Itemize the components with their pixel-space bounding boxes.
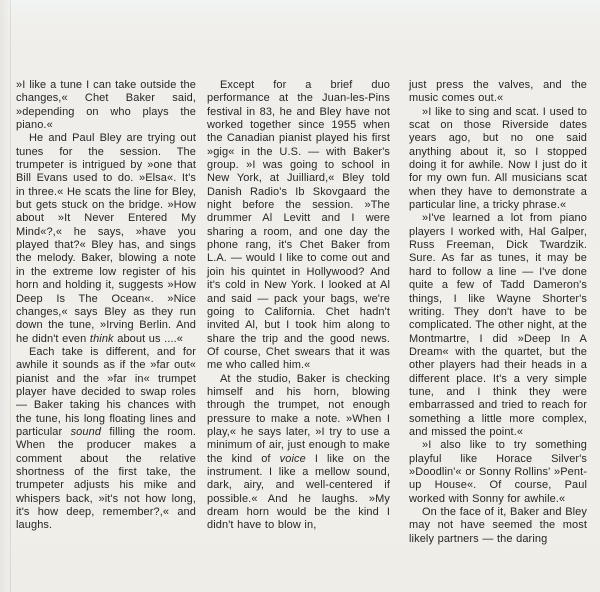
paragraph: Each take is different, and for awhile i… [16,346,196,533]
body-text: »I like a tune I can take outside the ch… [16,79,196,131]
body-text: just press the valves, and the music com… [409,79,587,104]
scanned-booklet-page: »I like a tune I can take outside the ch… [0,0,600,592]
text-column: Except for a brief duo performance at th… [207,79,390,546]
paragraph: »I also like to try something playful li… [409,439,587,506]
paragraph: Except for a brief duo performance at th… [207,79,390,373]
body-text: On the face of it, Baker and Bley may no… [409,506,587,545]
body-text: Except for a brief duo performance at th… [207,79,390,371]
paragraph: just press the valves, and the music com… [409,79,587,106]
emphasized-text: sound [71,426,101,438]
emphasized-text: voice [280,453,306,465]
text-column: just press the valves, and the music com… [409,79,587,546]
text-column: »I like a tune I can take outside the ch… [16,79,196,546]
body-text: Each take is different, and for awhile i… [16,346,196,438]
liner-notes-text: »I like a tune I can take outside the ch… [16,79,587,546]
paragraph: »I've learned a lot from piano players I… [409,212,587,439]
body-text: filling the room. When the producer make… [16,426,196,531]
emphasized-text: think [90,333,114,345]
paragraph: »I like a tune I can take outside the ch… [16,79,196,132]
paragraph: »I like to sing and scat. I used to scat… [409,106,587,213]
paragraph: At the studio, Baker is checking himself… [207,373,390,533]
body-text: He and Paul Bley are trying out tunes fo… [16,132,196,344]
body-text: »I like to sing and scat. I used to scat… [409,106,587,211]
body-text: »I've learned a lot from piano players I… [409,212,587,438]
body-text: about us ....« [114,333,183,345]
paragraph: On the face of it, Baker and Bley may no… [409,506,587,546]
body-text: »I also like to try something playful li… [409,439,587,504]
paragraph: He and Paul Bley are trying out tunes fo… [16,132,196,346]
body-text: At the studio, Baker is checking himself… [207,373,390,465]
